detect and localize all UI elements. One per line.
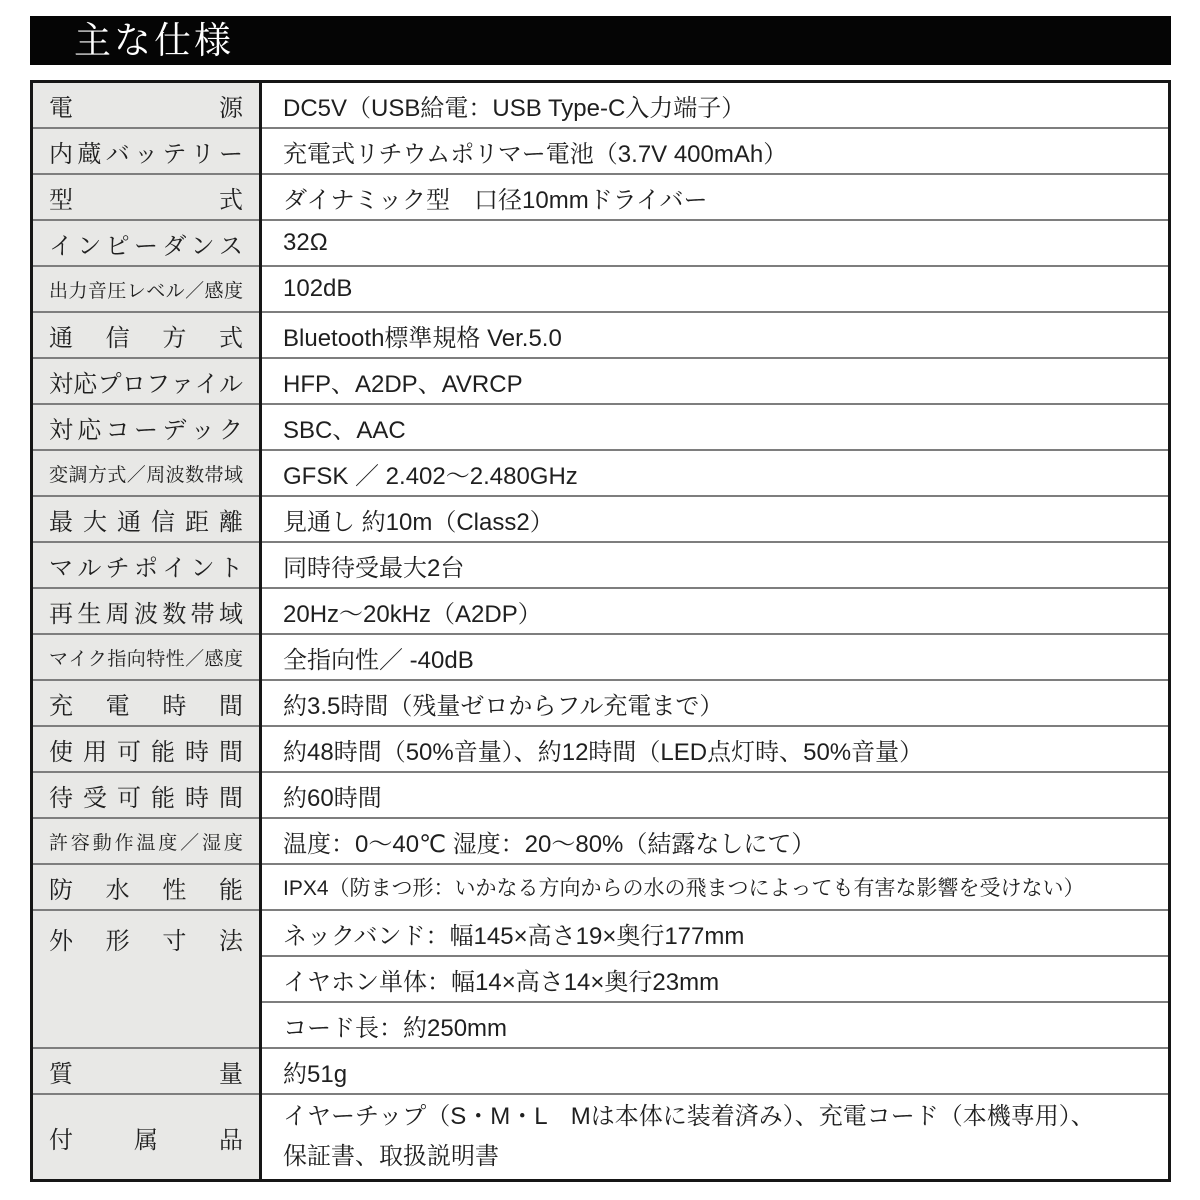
spec-row-label: 対応コーデック bbox=[32, 404, 261, 450]
spec-row: 出力音圧レベル／感度102dB bbox=[32, 266, 1170, 312]
spec-label-text: 通信方式 bbox=[49, 318, 243, 353]
spec-row: 許容動作温度／湿度温度：0〜40℃ 湿度：20〜80%（結露なしにて） bbox=[32, 818, 1170, 864]
spec-row-label: 出力音圧レベル／感度 bbox=[32, 266, 261, 312]
spec-row: 使用可能時間約48時間（50%音量）、約12時間（LED点灯時、50%音量） bbox=[32, 726, 1170, 772]
spec-row-value: イヤーチップ（S・M・L Mは本体に装着済み）、充電コード（本機専用）、保証書、… bbox=[261, 1094, 1170, 1181]
spec-row: マルチポイント同時待受最大2台 bbox=[32, 542, 1170, 588]
spec-row-value: ダイナミック型 口径10mmドライバー bbox=[261, 174, 1170, 220]
spec-row: 変調方式／周波数帯域GFSK ／ 2.402〜2.480GHz bbox=[32, 450, 1170, 496]
spec-label-text: 変調方式／周波数帯域 bbox=[49, 460, 243, 487]
spec-label-text: 電源 bbox=[49, 88, 243, 123]
spec-row-value: 見通し 約10m（Class2） bbox=[261, 496, 1170, 542]
spec-row-value: 20Hz〜20kHz（A2DP） bbox=[261, 588, 1170, 634]
spec-row-label: 待受可能時間 bbox=[32, 772, 261, 818]
spec-row: 電源DC5V（USB給電：USB Type-C入力端子） bbox=[32, 82, 1170, 129]
spec-row-value: 充電式リチウムポリマー電池（3.7V 400mAh） bbox=[261, 128, 1170, 174]
spec-row: マイク指向特性／感度全指向性／ -40dB bbox=[32, 634, 1170, 680]
spec-row-value: DC5V（USB給電：USB Type-C入力端子） bbox=[261, 82, 1170, 129]
spec-row-value: 同時待受最大2台 bbox=[261, 542, 1170, 588]
spec-row-label: 許容動作温度／湿度 bbox=[32, 818, 261, 864]
spec-row-label: 再生周波数帯域 bbox=[32, 588, 261, 634]
spec-row-value: GFSK ／ 2.402〜2.480GHz bbox=[261, 450, 1170, 496]
page-title: 主な仕様 bbox=[30, 16, 1171, 65]
spec-row: 付属品イヤーチップ（S・M・L Mは本体に装着済み）、充電コード（本機専用）、保… bbox=[32, 1094, 1170, 1181]
spec-row-label: 充電時間 bbox=[32, 680, 261, 726]
spec-label-text: 外形寸法 bbox=[49, 921, 243, 956]
spec-row: 対応コーデックSBC、AAC bbox=[32, 404, 1170, 450]
spec-label-text: 質量 bbox=[49, 1054, 243, 1089]
spec-row-value: ネックバンド：幅145×高さ19×奥行177mm bbox=[261, 910, 1170, 956]
spec-label-text: 型式 bbox=[49, 180, 243, 215]
spec-row-value: SBC、AAC bbox=[261, 404, 1170, 450]
spec-row: 対応プロファイルHFP、A2DP、AVRCP bbox=[32, 358, 1170, 404]
spec-table: 電源DC5V（USB給電：USB Type-C入力端子）内蔵バッテリー充電式リチ… bbox=[30, 80, 1171, 1182]
spec-row-label: マイク指向特性／感度 bbox=[32, 634, 261, 680]
spec-label-text: 付属品 bbox=[49, 1120, 243, 1155]
spec-row-label: 対応プロファイル bbox=[32, 358, 261, 404]
spec-row-value: 約48時間（50%音量）、約12時間（LED点灯時、50%音量） bbox=[261, 726, 1170, 772]
spec-row: 内蔵バッテリー充電式リチウムポリマー電池（3.7V 400mAh） bbox=[32, 128, 1170, 174]
spec-row-label: 内蔵バッテリー bbox=[32, 128, 261, 174]
spec-label-text: 使用可能時間 bbox=[49, 732, 243, 767]
spec-row-label: 質量 bbox=[32, 1048, 261, 1094]
spec-label-text: インピーダンス bbox=[49, 226, 243, 261]
spec-row-label: 型式 bbox=[32, 174, 261, 220]
spec-row-value: 約3.5時間（残量ゼロからフル充電まで） bbox=[261, 680, 1170, 726]
spec-row-label: 通信方式 bbox=[32, 312, 261, 358]
spec-row: 再生周波数帯域20Hz〜20kHz（A2DP） bbox=[32, 588, 1170, 634]
spec-label-text: 再生周波数帯域 bbox=[49, 594, 243, 629]
spec-row: 防水性能IPX4（防まつ形：いかなる方向からの水の飛まつによっても有害な影響を受… bbox=[32, 864, 1170, 910]
spec-row-value: 32Ω bbox=[261, 220, 1170, 266]
spec-row-label: インピーダンス bbox=[32, 220, 261, 266]
spec-row: 通信方式Bluetooth標準規格 Ver.5.0 bbox=[32, 312, 1170, 358]
spec-row: 外形寸法ネックバンド：幅145×高さ19×奥行177mm bbox=[32, 910, 1170, 956]
spec-row: 充電時間約3.5時間（残量ゼロからフル充電まで） bbox=[32, 680, 1170, 726]
spec-row-value: コード長：約250mm bbox=[261, 1002, 1170, 1048]
spec-label-text: 待受可能時間 bbox=[49, 778, 243, 813]
spec-label-text: 対応プロファイル bbox=[49, 364, 243, 399]
spec-label-text: 防水性能 bbox=[49, 870, 243, 905]
spec-row-label: 防水性能 bbox=[32, 864, 261, 910]
spec-row-label: 最大通信距離 bbox=[32, 496, 261, 542]
spec-row-label: マルチポイント bbox=[32, 542, 261, 588]
spec-label-text: 出力音圧レベル／感度 bbox=[49, 276, 243, 303]
spec-row: 質量約51g bbox=[32, 1048, 1170, 1094]
spec-value-line: 保証書、取扱説明書 bbox=[283, 1137, 1158, 1177]
spec-row: 最大通信距離見通し 約10m（Class2） bbox=[32, 496, 1170, 542]
spec-row-value: 約60時間 bbox=[261, 772, 1170, 818]
spec-row-value: 温度：0〜40℃ 湿度：20〜80%（結露なしにて） bbox=[261, 818, 1170, 864]
spec-label-text: 許容動作温度／湿度 bbox=[49, 828, 243, 855]
spec-row: 待受可能時間約60時間 bbox=[32, 772, 1170, 818]
spec-row: 型式ダイナミック型 口径10mmドライバー bbox=[32, 174, 1170, 220]
spec-label-text: 対応コーデック bbox=[49, 410, 243, 445]
spec-value-line: イヤーチップ（S・M・L Mは本体に装着済み）、充電コード（本機専用）、 bbox=[283, 1097, 1158, 1137]
spec-label-text: 充電時間 bbox=[49, 686, 243, 721]
spec-row-value: 全指向性／ -40dB bbox=[261, 634, 1170, 680]
spec-label-text: マルチポイント bbox=[49, 548, 243, 583]
spec-row-label: 変調方式／周波数帯域 bbox=[32, 450, 261, 496]
spec-row-label: 電源 bbox=[32, 82, 261, 129]
spec-label-text: 最大通信距離 bbox=[49, 502, 243, 537]
spec-row-value: イヤホン単体：幅14×高さ14×奥行23mm bbox=[261, 956, 1170, 1002]
spec-row-label: 使用可能時間 bbox=[32, 726, 261, 772]
spec-row-label: 付属品 bbox=[32, 1094, 261, 1181]
spec-row: インピーダンス32Ω bbox=[32, 220, 1170, 266]
spec-row-value: Bluetooth標準規格 Ver.5.0 bbox=[261, 312, 1170, 358]
spec-row-value: IPX4（防まつ形：いかなる方向からの水の飛まつによっても有害な影響を受けない） bbox=[261, 864, 1170, 910]
spec-row-label: 外形寸法 bbox=[32, 910, 261, 1048]
spec-row-value: 約51g bbox=[261, 1048, 1170, 1094]
spec-row-value: HFP、A2DP、AVRCP bbox=[261, 358, 1170, 404]
spec-label-text: マイク指向特性／感度 bbox=[49, 644, 243, 671]
spec-row-value: 102dB bbox=[261, 266, 1170, 312]
spec-label-text: 内蔵バッテリー bbox=[49, 134, 243, 169]
